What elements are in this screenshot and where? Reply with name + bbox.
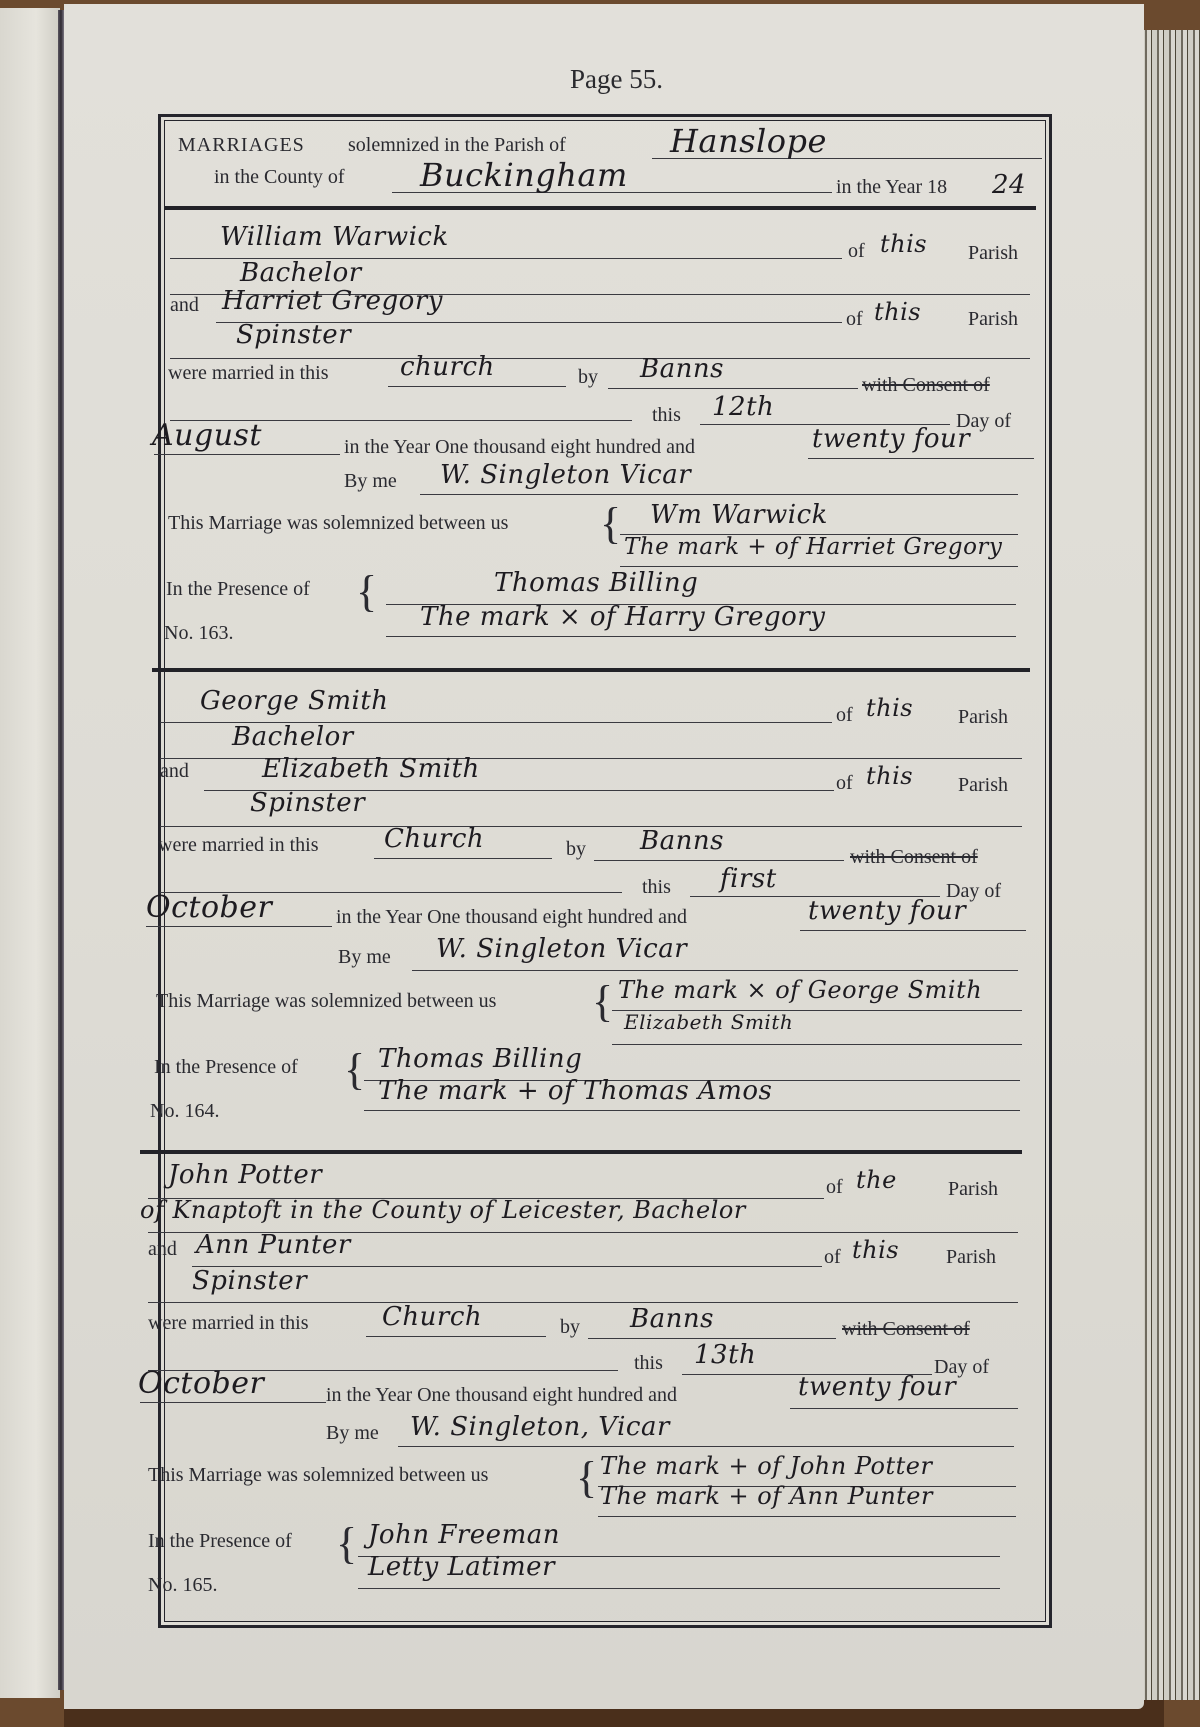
by-me-label: By me bbox=[338, 946, 391, 969]
witness-2-signature: The mark + of Thomas Amos bbox=[378, 1076, 772, 1106]
bride-parish: this bbox=[874, 298, 921, 326]
witness-1-signature: Thomas Billing bbox=[378, 1044, 582, 1074]
header-title-mid: solemnized in the Parish of bbox=[348, 134, 566, 157]
witness-2-line bbox=[386, 636, 1016, 637]
officiant-line bbox=[420, 494, 1018, 495]
method-line bbox=[594, 860, 844, 861]
page-stack-edge bbox=[1140, 30, 1200, 1700]
by-me-label: By me bbox=[344, 470, 397, 493]
month-line bbox=[154, 454, 340, 455]
party-2-signature: The mark + of Harriet Gregory bbox=[624, 534, 1002, 560]
brace: { bbox=[600, 502, 621, 546]
bride-name: Elizabeth Smith bbox=[262, 754, 480, 784]
marriage-day: 12th bbox=[712, 392, 774, 422]
presence-of-label: In the Presence of bbox=[148, 1530, 292, 1553]
month-line bbox=[146, 926, 332, 927]
presence-of-label: In the Presence of bbox=[154, 1056, 298, 1079]
and-label: and bbox=[148, 1238, 177, 1261]
entry-number: No. 163. bbox=[164, 622, 233, 645]
presence-of-label: In the Presence of bbox=[166, 578, 310, 601]
this-label: this bbox=[652, 404, 681, 427]
solemnized-between-label: This Marriage was solemnized between us bbox=[148, 1464, 488, 1487]
officiant-line bbox=[412, 970, 1018, 971]
in-the-year-label: in the Year One thousand eight hundred a… bbox=[336, 906, 687, 929]
witness-1-signature: John Freeman bbox=[368, 1520, 560, 1550]
method-line bbox=[588, 1338, 836, 1339]
parish-label: Parish bbox=[946, 1246, 996, 1269]
brace: { bbox=[592, 980, 613, 1024]
of-label: of bbox=[848, 240, 865, 263]
brace: { bbox=[576, 1456, 597, 1500]
brace: { bbox=[336, 1522, 357, 1566]
bride-status: Spinster bbox=[236, 320, 351, 350]
witness-2-line bbox=[358, 1588, 1000, 1589]
section-divider bbox=[164, 206, 1036, 210]
marriage-day: first bbox=[720, 864, 777, 894]
were-married-label: were married in this bbox=[168, 362, 329, 385]
bride-status-line bbox=[170, 358, 1030, 359]
bride-status-line bbox=[148, 1302, 1018, 1303]
year-label: in the Year 18 bbox=[836, 176, 947, 199]
parish-label: Parish bbox=[948, 1178, 998, 1201]
with-consent-label: with Consent of bbox=[842, 1318, 970, 1341]
parish-name: Hanslope bbox=[670, 122, 827, 160]
left-page-edge bbox=[0, 8, 60, 1698]
header-title-prefix: MARRIAGES bbox=[178, 134, 305, 157]
marriage-place: Church bbox=[382, 1302, 482, 1332]
year-words-line bbox=[800, 930, 1026, 931]
in-the-year-label: in the Year One thousand eight hundred a… bbox=[326, 1384, 677, 1407]
with-consent-label: with Consent of bbox=[850, 846, 978, 869]
with-consent-label: with Consent of bbox=[862, 374, 990, 397]
of-label: of bbox=[824, 1246, 841, 1269]
witness-1-signature: Thomas Billing bbox=[494, 568, 698, 598]
month-line bbox=[140, 1402, 326, 1403]
of-label: of bbox=[826, 1176, 843, 1199]
groom-name: William Warwick bbox=[220, 222, 449, 252]
bride-parish: this bbox=[852, 1236, 899, 1264]
groom-parish: this bbox=[866, 694, 913, 722]
marriage-method: Banns bbox=[640, 826, 724, 856]
bride-name: Harriet Gregory bbox=[222, 286, 443, 316]
solemnized-between-label: This Marriage was solemnized between us bbox=[156, 990, 496, 1013]
bride-parish: this bbox=[866, 762, 913, 790]
groom-parish: this bbox=[880, 230, 927, 258]
parish-label: Parish bbox=[968, 242, 1018, 265]
entry-number: No. 165. bbox=[148, 1574, 217, 1597]
groom-name: John Potter bbox=[168, 1160, 322, 1190]
by-me-label: By me bbox=[326, 1422, 379, 1445]
witness-2-signature: Letty Latimer bbox=[368, 1552, 555, 1582]
groom-status: Bachelor bbox=[232, 722, 354, 752]
party-1-signature: The mark × of George Smith bbox=[618, 976, 982, 1004]
marriage-year-words: twenty four bbox=[808, 896, 966, 926]
were-married-label: were married in this bbox=[158, 834, 319, 857]
place-line bbox=[388, 386, 566, 387]
this-label: this bbox=[642, 876, 671, 899]
marriage-method: Banns bbox=[630, 1304, 714, 1334]
parish-label: Parish bbox=[968, 308, 1018, 331]
officiant-line bbox=[398, 1446, 1014, 1447]
by-label: by bbox=[560, 1316, 580, 1339]
party-2-signature: The mark + of Ann Punter bbox=[600, 1482, 933, 1510]
marriage-month: August bbox=[152, 418, 262, 453]
officiant-signature: W. Singleton Vicar bbox=[436, 934, 687, 964]
marriage-month: October bbox=[146, 890, 272, 925]
witness-2-signature: The mark × of Harry Gregory bbox=[420, 602, 825, 632]
groom-status: Bachelor bbox=[240, 258, 362, 288]
of-label: of bbox=[846, 308, 863, 331]
marriage-method: Banns bbox=[640, 354, 724, 384]
year-words-line bbox=[808, 458, 1034, 459]
marriage-year-words: twenty four bbox=[812, 424, 970, 454]
party-1-signature: The mark + of John Potter bbox=[600, 1452, 932, 1480]
in-the-year-label: in the Year One thousand eight hundred a… bbox=[344, 436, 695, 459]
marriage-place: Church bbox=[384, 824, 484, 854]
were-married-label: were married in this bbox=[148, 1312, 309, 1335]
solemnized-between-label: This Marriage was solemnized between us bbox=[168, 512, 508, 535]
party-2-line bbox=[598, 1516, 1016, 1517]
section-divider bbox=[152, 668, 1030, 672]
bride-status-line bbox=[160, 826, 1022, 827]
bride-status: Spinster bbox=[192, 1266, 307, 1296]
and-label: and bbox=[170, 294, 199, 317]
section-divider bbox=[140, 1150, 1022, 1154]
by-label: by bbox=[578, 366, 598, 389]
county-label: in the County of bbox=[214, 166, 345, 189]
officiant-signature: W. Singleton, Vicar bbox=[410, 1412, 670, 1442]
bride-status: Spinster bbox=[250, 788, 365, 818]
party-2-line bbox=[612, 1044, 1022, 1045]
brace: { bbox=[356, 570, 377, 614]
party-2-signature: Elizabeth Smith bbox=[624, 1010, 793, 1034]
marriage-year-words: twenty four bbox=[798, 1372, 956, 1402]
and-label: and bbox=[160, 760, 189, 783]
marriage-place: church bbox=[400, 352, 495, 382]
by-label: by bbox=[566, 838, 586, 861]
officiant-signature: W. Singleton Vicar bbox=[440, 460, 691, 490]
place-line bbox=[374, 858, 552, 859]
marriage-day: 13th bbox=[694, 1340, 756, 1370]
groom-parish: the bbox=[856, 1166, 897, 1194]
witness-2-line bbox=[364, 1110, 1020, 1111]
this-label: this bbox=[634, 1352, 663, 1375]
county-name: Buckingham bbox=[420, 156, 628, 194]
page-number: Page 55. bbox=[570, 64, 663, 95]
of-label: of bbox=[836, 772, 853, 795]
bride-name: Ann Punter bbox=[196, 1230, 351, 1260]
year-words-line bbox=[790, 1408, 1018, 1409]
of-label: of bbox=[836, 704, 853, 727]
place-line bbox=[366, 1336, 546, 1337]
party-1-signature: Wm Warwick bbox=[650, 500, 828, 530]
method-line bbox=[608, 388, 858, 389]
marriage-month: October bbox=[138, 1366, 264, 1401]
entry-number: No. 164. bbox=[150, 1100, 219, 1123]
party-2-line bbox=[620, 566, 1018, 567]
year-suffix: 24 bbox=[992, 170, 1026, 200]
groom-status: of Knaptoft in the County of Leicester, … bbox=[140, 1196, 746, 1224]
brace: { bbox=[344, 1048, 365, 1092]
parish-label: Parish bbox=[958, 774, 1008, 797]
parish-label: Parish bbox=[958, 706, 1008, 729]
groom-name: George Smith bbox=[200, 686, 389, 716]
